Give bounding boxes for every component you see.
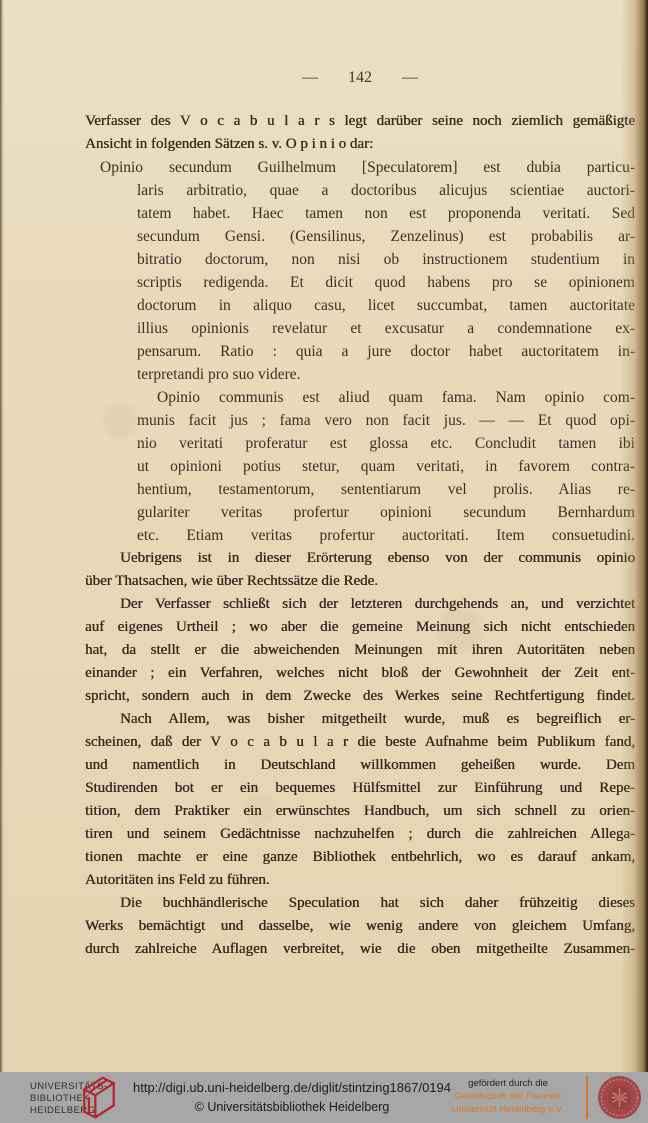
text-line: Studirenden bot er ein bequemes Hülfsmit… (85, 777, 635, 800)
page-number-header: — 142 — (85, 66, 635, 89)
text-line: Nach Allem, was bisher mitgetheilt wurde… (120, 708, 635, 731)
text-line: Der Verfasser schließt sich der letztere… (120, 593, 635, 616)
text-line: terpretandi pro suo videre. (137, 363, 635, 386)
book-logo-icon (80, 1075, 118, 1123)
text-line: bitratio doctorum, non nisi ob instructi… (137, 248, 635, 271)
text-line: hat, da stellt er die abweichenden Meinu… (85, 639, 635, 662)
text-line: spricht, sondern auch in dem Zwecke des … (85, 685, 635, 708)
text-line: über Thatsachen, wie über Rechtssätze di… (85, 570, 635, 593)
text-line: tatem habet. Haec tamen non est proponen… (137, 202, 635, 225)
copyright-notice: © Universitätsbibliothek Heidelberg (133, 1100, 451, 1114)
text-line: scriptis redigenda. Et dicit quod habens… (137, 271, 635, 294)
text-line: Werks bemächtigt und dasselbe, wie wenig… (85, 915, 635, 938)
text-line: tiren und seinem Gedächtnisse nachzuhelf… (85, 823, 635, 846)
page-edge-shadow-right (620, 0, 648, 1072)
text-line: scheinen, daß der V o c a b u l a r die … (85, 731, 635, 754)
text-line: laris arbitratio, quae a doctoribus alic… (137, 179, 635, 202)
text-line: pensarum. Ratio : quia a jure doctor hab… (137, 340, 635, 363)
text-line: hentium, testamentorum, sententiarum vel… (137, 478, 635, 501)
scanned-book-page: — 142 — Verfasser des V o c a b u l a r … (0, 0, 648, 1123)
page-text-block: — 142 — Verfasser des V o c a b u l a r … (85, 66, 635, 961)
text-line: Opinio secundum Guilhelmum [Speculatorem… (100, 156, 635, 179)
text-line: munis facit jus ; fama vero non facit ju… (137, 409, 635, 432)
page-edge-shadow-left (0, 0, 4, 1072)
funding-org-line1: Gesellschaft der Freunde (438, 1090, 578, 1103)
text-line: Die buchhändlerische Speculation hat sic… (120, 892, 635, 915)
text-line: einander ; ein Verfahren, welches nicht … (85, 662, 635, 685)
text-line: gulariter veritas profertur opinioni sec… (137, 501, 635, 524)
document-url[interactable]: http://digi.ub.uni-heidelberg.de/diglit/… (133, 1080, 451, 1095)
funding-org-line2: Universität Heidelberg e.V. (438, 1103, 578, 1116)
text-line: doctorum in aliquo casu, licet succumbat… (137, 294, 635, 317)
text-line: illius opinionis revelatur et excusatur … (137, 317, 635, 340)
text-line: Autoritäten ins Feld zu führen. (85, 869, 635, 892)
footer-bar: UNIVERSITÄTS- BIBLIOTHEK HEIDELBERG http… (0, 1072, 648, 1123)
text-line: etc. Etiam veritas profertur auctoritati… (137, 524, 635, 547)
text-line: und namentlich in Deutschland willkommen… (85, 754, 635, 777)
text-line: durch zahlreiche Auflagen verbreitet, wi… (85, 938, 635, 961)
body-text: Verfasser des V o c a b u l a r s legt d… (85, 110, 635, 961)
text-line: Uebrigens ist in dieser Erörterung ebens… (120, 547, 635, 570)
text-line: ut opinioni potius stetur, quam veritati… (137, 455, 635, 478)
text-line: auf eigenes Urtheil ; wo aber die gemein… (85, 616, 635, 639)
funding-line1: gefördert durch die (438, 1077, 578, 1090)
document-reference: http://digi.ub.uni-heidelberg.de/diglit/… (133, 1080, 451, 1114)
university-seal-icon (597, 1075, 642, 1123)
text-line: Opinio communis est aliud quam fama. Nam… (157, 386, 635, 409)
funding-note: gefördert durch die Gesellschaft der Fre… (438, 1077, 578, 1116)
text-line: Ansicht in folgenden Sätzen s. v. O p i … (85, 133, 635, 156)
text-line: tionen machte er eine ganze Bibliothek e… (85, 846, 635, 869)
text-line: secundum Gensi. (Gensilinus, Zenzelinus)… (137, 225, 635, 248)
text-line: Verfasser des V o c a b u l a r s legt d… (85, 110, 635, 133)
text-line: tition, dem Praktiker ein erwünschtes Ha… (85, 800, 635, 823)
footer-divider (586, 1076, 588, 1119)
text-line: nio veritati proferatur est glossa etc. … (137, 432, 635, 455)
